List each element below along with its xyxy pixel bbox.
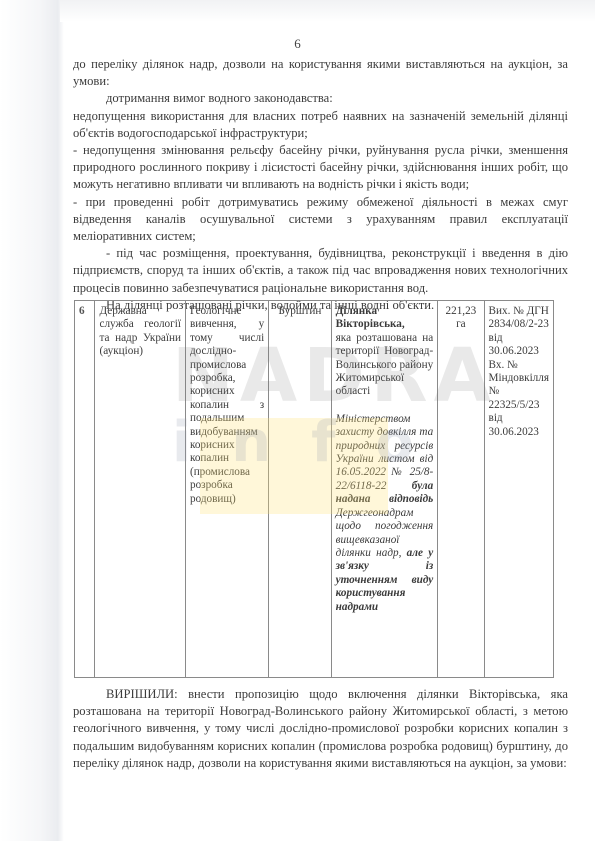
- intro-text: до переліку ділянок надр, дозволи на кор…: [73, 56, 568, 314]
- organization-cell: Державна служба геології та надр України…: [95, 301, 185, 678]
- row-number: 6: [75, 301, 95, 678]
- scan-shadow-top: [60, 0, 595, 22]
- outgoing-doc-ref: Вих. № ДГН 2834/08/2-23 від 30.06.2023: [489, 305, 549, 359]
- mineral-cell: Бурштин: [269, 301, 331, 678]
- incoming-doc-ref: Вх. № Міндовкілля № 22325/5/23 від 30.06…: [489, 359, 549, 439]
- subsoil-sites-table: 6 Державна служба геології та надр Украї…: [74, 300, 554, 678]
- site-name: Ділянка Вікторівська,: [336, 305, 434, 332]
- intro-paragraph: - при проведенні робіт дотримуватись реж…: [73, 194, 568, 246]
- scan-shadow-left: [0, 0, 64, 841]
- intro-paragraph: - недопущення змінювання рельєфу басейну…: [73, 142, 568, 194]
- purpose-cell: Геологічне вивчення, у тому числі дослід…: [185, 301, 268, 678]
- intro-paragraph: недопущення використання для власних пот…: [73, 108, 568, 142]
- decision-text: ВИРІШИЛИ: внести пропозицію щодо включен…: [73, 686, 568, 772]
- site-location: яка розташована на території Новоград-Во…: [336, 332, 434, 399]
- area-value: 221,23: [442, 305, 479, 318]
- intro-paragraph: дотримання вимог водного законодавства:: [73, 90, 568, 107]
- table-row: 6 Державна служба геології та надр Украї…: [75, 301, 554, 678]
- document-refs-cell: Вих. № ДГН 2834/08/2-23 від 30.06.2023 В…: [484, 301, 553, 678]
- decision-paragraph: ВИРІШИЛИ: внести пропозицію щодо включен…: [73, 686, 568, 772]
- area-unit: га: [442, 318, 479, 331]
- page-number: 6: [0, 36, 595, 52]
- site-cell: Ділянка Вікторівська, яка розташована на…: [331, 301, 438, 678]
- ministry-note: Міністерством захисту довкілля та природ…: [336, 413, 434, 614]
- area-cell: 221,23 га: [438, 301, 484, 678]
- intro-paragraph: до переліку ділянок надр, дозволи на кор…: [73, 56, 568, 90]
- intro-paragraph: - під час розміщення, проектування, буді…: [73, 245, 568, 297]
